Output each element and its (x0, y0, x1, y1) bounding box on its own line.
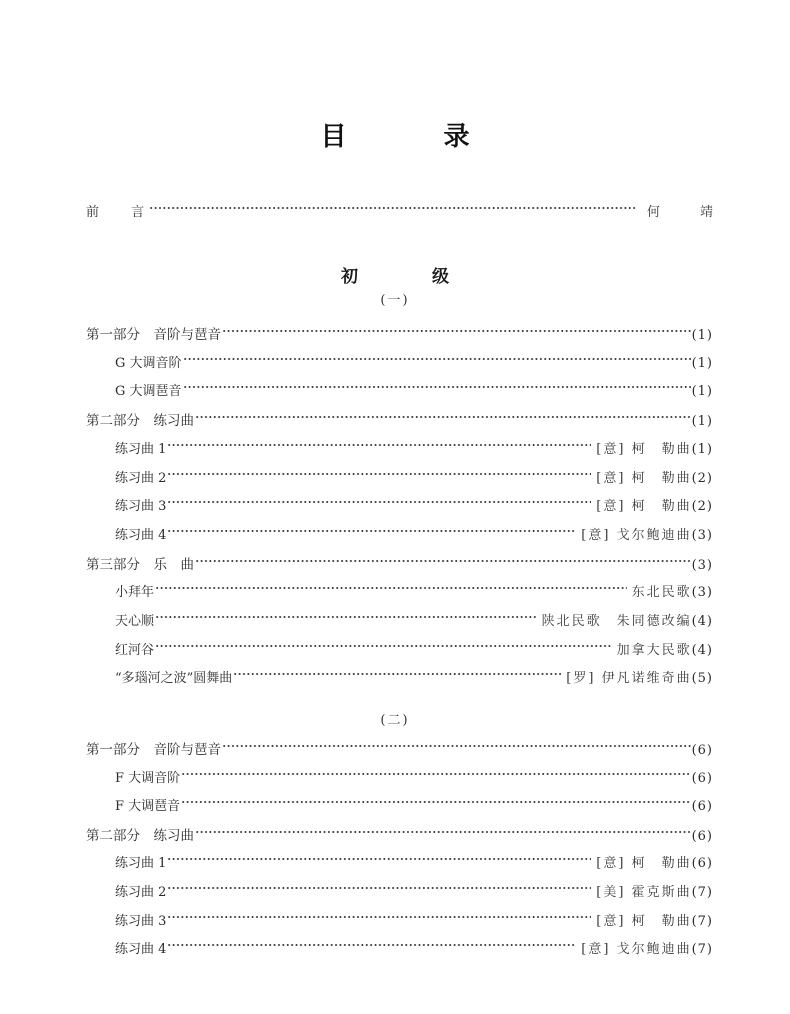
dot-leader (167, 854, 591, 864)
toc-item-row[interactable]: G 大调音阶(1) (115, 354, 713, 374)
toc-item-row[interactable]: 练习曲 4[意] 戈尔鲍迪曲(7) (115, 940, 713, 960)
dot-leader (181, 769, 690, 779)
toc-item-row[interactable]: F 大调琶音(6) (115, 797, 713, 817)
toc-page-number: (7) (692, 883, 713, 903)
page-title: 目 录 (0, 116, 790, 153)
toc-entry-label: 练习曲 2 (115, 469, 166, 489)
dot-leader (149, 203, 636, 213)
toc-item-row[interactable]: 练习曲 1[意] 柯 勒曲(1) (115, 440, 713, 460)
toc-page-number: (3) (692, 526, 713, 546)
toc-entry-author: [罗] 伊凡诺维奇曲 (562, 669, 691, 689)
dot-leader (222, 326, 691, 336)
dot-leader (222, 741, 691, 751)
toc-item-row[interactable]: 小拜年东北民歌(3) (115, 583, 713, 603)
dot-leader (155, 612, 537, 622)
toc-part-row[interactable]: 第一部分 音阶与琶音(1) (86, 325, 713, 345)
toc-entry-author: 东北民歌 (628, 583, 692, 603)
toc-page-number: (1) (692, 382, 713, 402)
toc-entry-author: [意] 柯 勒曲 (592, 912, 691, 932)
toc-item-row[interactable]: 红河谷加拿大民歌(4) (115, 641, 713, 661)
dot-leader (183, 382, 691, 392)
dot-leader (167, 440, 591, 450)
toc-entry-label: G 大调音阶 (115, 354, 182, 374)
toc-page-number: (7) (692, 912, 713, 932)
dot-leader (233, 669, 561, 679)
toc-item-row[interactable]: 练习曲 1[意] 柯 勒曲(6) (115, 854, 713, 874)
toc-page-number: (2) (692, 469, 713, 489)
toc-entry-label: F 大调音阶 (115, 769, 180, 789)
dot-leader (167, 883, 591, 893)
toc-entry-author: 陕北民歌 朱同德改编 (538, 612, 692, 632)
toc-entry-label: 练习曲 3 (115, 912, 166, 932)
toc-part-row[interactable]: 第二部分 练习曲(1) (86, 411, 713, 431)
dot-leader (167, 940, 576, 950)
toc-page-number: (6) (692, 797, 713, 817)
toc-item-row[interactable]: 天心顺陕北民歌 朱同德改编(4) (115, 612, 713, 632)
dot-leader (155, 641, 612, 651)
toc-entry-label: 红河谷 (115, 641, 154, 661)
toc-entry-label: 小拜年 (115, 583, 154, 603)
toc-entry-label: 天心顺 (115, 612, 154, 632)
toc-page-number: (1) (692, 354, 713, 374)
toc-entry-author: 何 靖 (637, 203, 731, 223)
toc-entry-label: 前 言 (86, 203, 158, 223)
toc-entry-author: [意] 柯 勒曲 (592, 469, 691, 489)
level-heading: 初 级 (0, 262, 790, 287)
dot-leader (167, 469, 591, 479)
toc-item-row[interactable]: F 大调音阶(6) (115, 769, 713, 789)
toc-page-number: (6) (692, 769, 713, 789)
toc-part-row[interactable]: 第三部分 乐 曲(3) (86, 555, 713, 575)
toc-entry-author: [意] 戈尔鲍迪曲 (577, 940, 691, 960)
toc-entry-label: 第二部分 练习曲 (86, 826, 194, 846)
dot-leader (155, 583, 627, 593)
toc-entry-label: 练习曲 1 (115, 854, 166, 874)
toc-entry-label: 第一部分 音阶与琶音 (86, 325, 221, 345)
toc-page-number: (7) (692, 940, 713, 960)
toc-entry-author: [意] 戈尔鲍迪曲 (577, 526, 691, 546)
dot-leader (195, 827, 691, 837)
toc-entry-author: [美] 霍克斯曲 (592, 883, 691, 903)
toc-item-row[interactable]: 练习曲 3[意] 柯 勒曲(2) (115, 497, 713, 517)
toc-entry-author: 加拿大民歌 (613, 641, 692, 661)
toc-entry-label: 练习曲 1 (115, 440, 166, 460)
toc-entry-label: 第二部分 练习曲 (86, 411, 194, 431)
toc-entry-author: [意] 柯 勒曲 (592, 497, 691, 517)
dot-leader (195, 556, 691, 566)
toc-entry-label: 练习曲 4 (115, 526, 166, 546)
dot-leader (181, 797, 690, 807)
dot-leader (167, 526, 576, 536)
toc-entry-label: 第一部分 音阶与琶音 (86, 740, 221, 760)
toc-page-number: (3) (692, 583, 713, 603)
toc-entry-label: F 大调琶音 (115, 797, 180, 817)
toc-page-number: (1) (692, 440, 713, 460)
toc-page-number: (4) (692, 612, 713, 632)
dot-leader (167, 912, 591, 922)
toc-page-number: (6) (692, 827, 713, 847)
toc-item-row[interactable]: G 大调琶音(1) (115, 382, 713, 402)
toc-item-row[interactable]: 练习曲 4[意] 戈尔鲍迪曲(3) (115, 526, 713, 546)
toc-entry-author: [意] 柯 勒曲 (592, 854, 691, 874)
toc-page-number: (6) (692, 854, 713, 874)
toc-page-number: (1) (692, 412, 713, 432)
toc-page-number: (4) (692, 641, 713, 661)
toc-entry-label: 练习曲 4 (115, 940, 166, 960)
toc-entry-label: 练习曲 3 (115, 497, 166, 517)
toc-entry-label: G 大调琶音 (115, 382, 182, 402)
toc-page-number: (1) (692, 326, 713, 346)
toc-item-row[interactable]: “多瑙河之波”圆舞曲[罗] 伊凡诺维奇曲(5) (115, 669, 713, 689)
toc-entry-label: 练习曲 2 (115, 883, 166, 903)
toc-entry-label: “多瑙河之波”圆舞曲 (115, 669, 232, 689)
toc-item-row[interactable]: 练习曲 2[意] 柯 勒曲(2) (115, 469, 713, 489)
toc-page-number: (3) (692, 556, 713, 576)
unit-heading: (二) (0, 709, 790, 728)
toc-item-row[interactable]: 练习曲 2[美] 霍克斯曲(7) (115, 883, 713, 903)
toc-entry-author: [意] 柯 勒曲 (592, 440, 691, 460)
dot-leader (183, 354, 691, 364)
dot-leader (195, 412, 691, 422)
dot-leader (167, 497, 591, 507)
toc-row-preface[interactable]: 前 言 何 靖 (86, 203, 713, 223)
unit-heading: (一) (0, 289, 790, 308)
toc-part-row[interactable]: 第一部分 音阶与琶音(6) (86, 740, 713, 760)
toc-entry-label: 第三部分 乐 曲 (86, 555, 194, 575)
toc-part-row[interactable]: 第二部分 练习曲(6) (86, 826, 713, 846)
toc-page-number: (6) (692, 741, 713, 761)
toc-page-number: (2) (692, 497, 713, 517)
toc-page-number: (5) (692, 669, 713, 689)
toc-item-row[interactable]: 练习曲 3[意] 柯 勒曲(7) (115, 912, 713, 932)
